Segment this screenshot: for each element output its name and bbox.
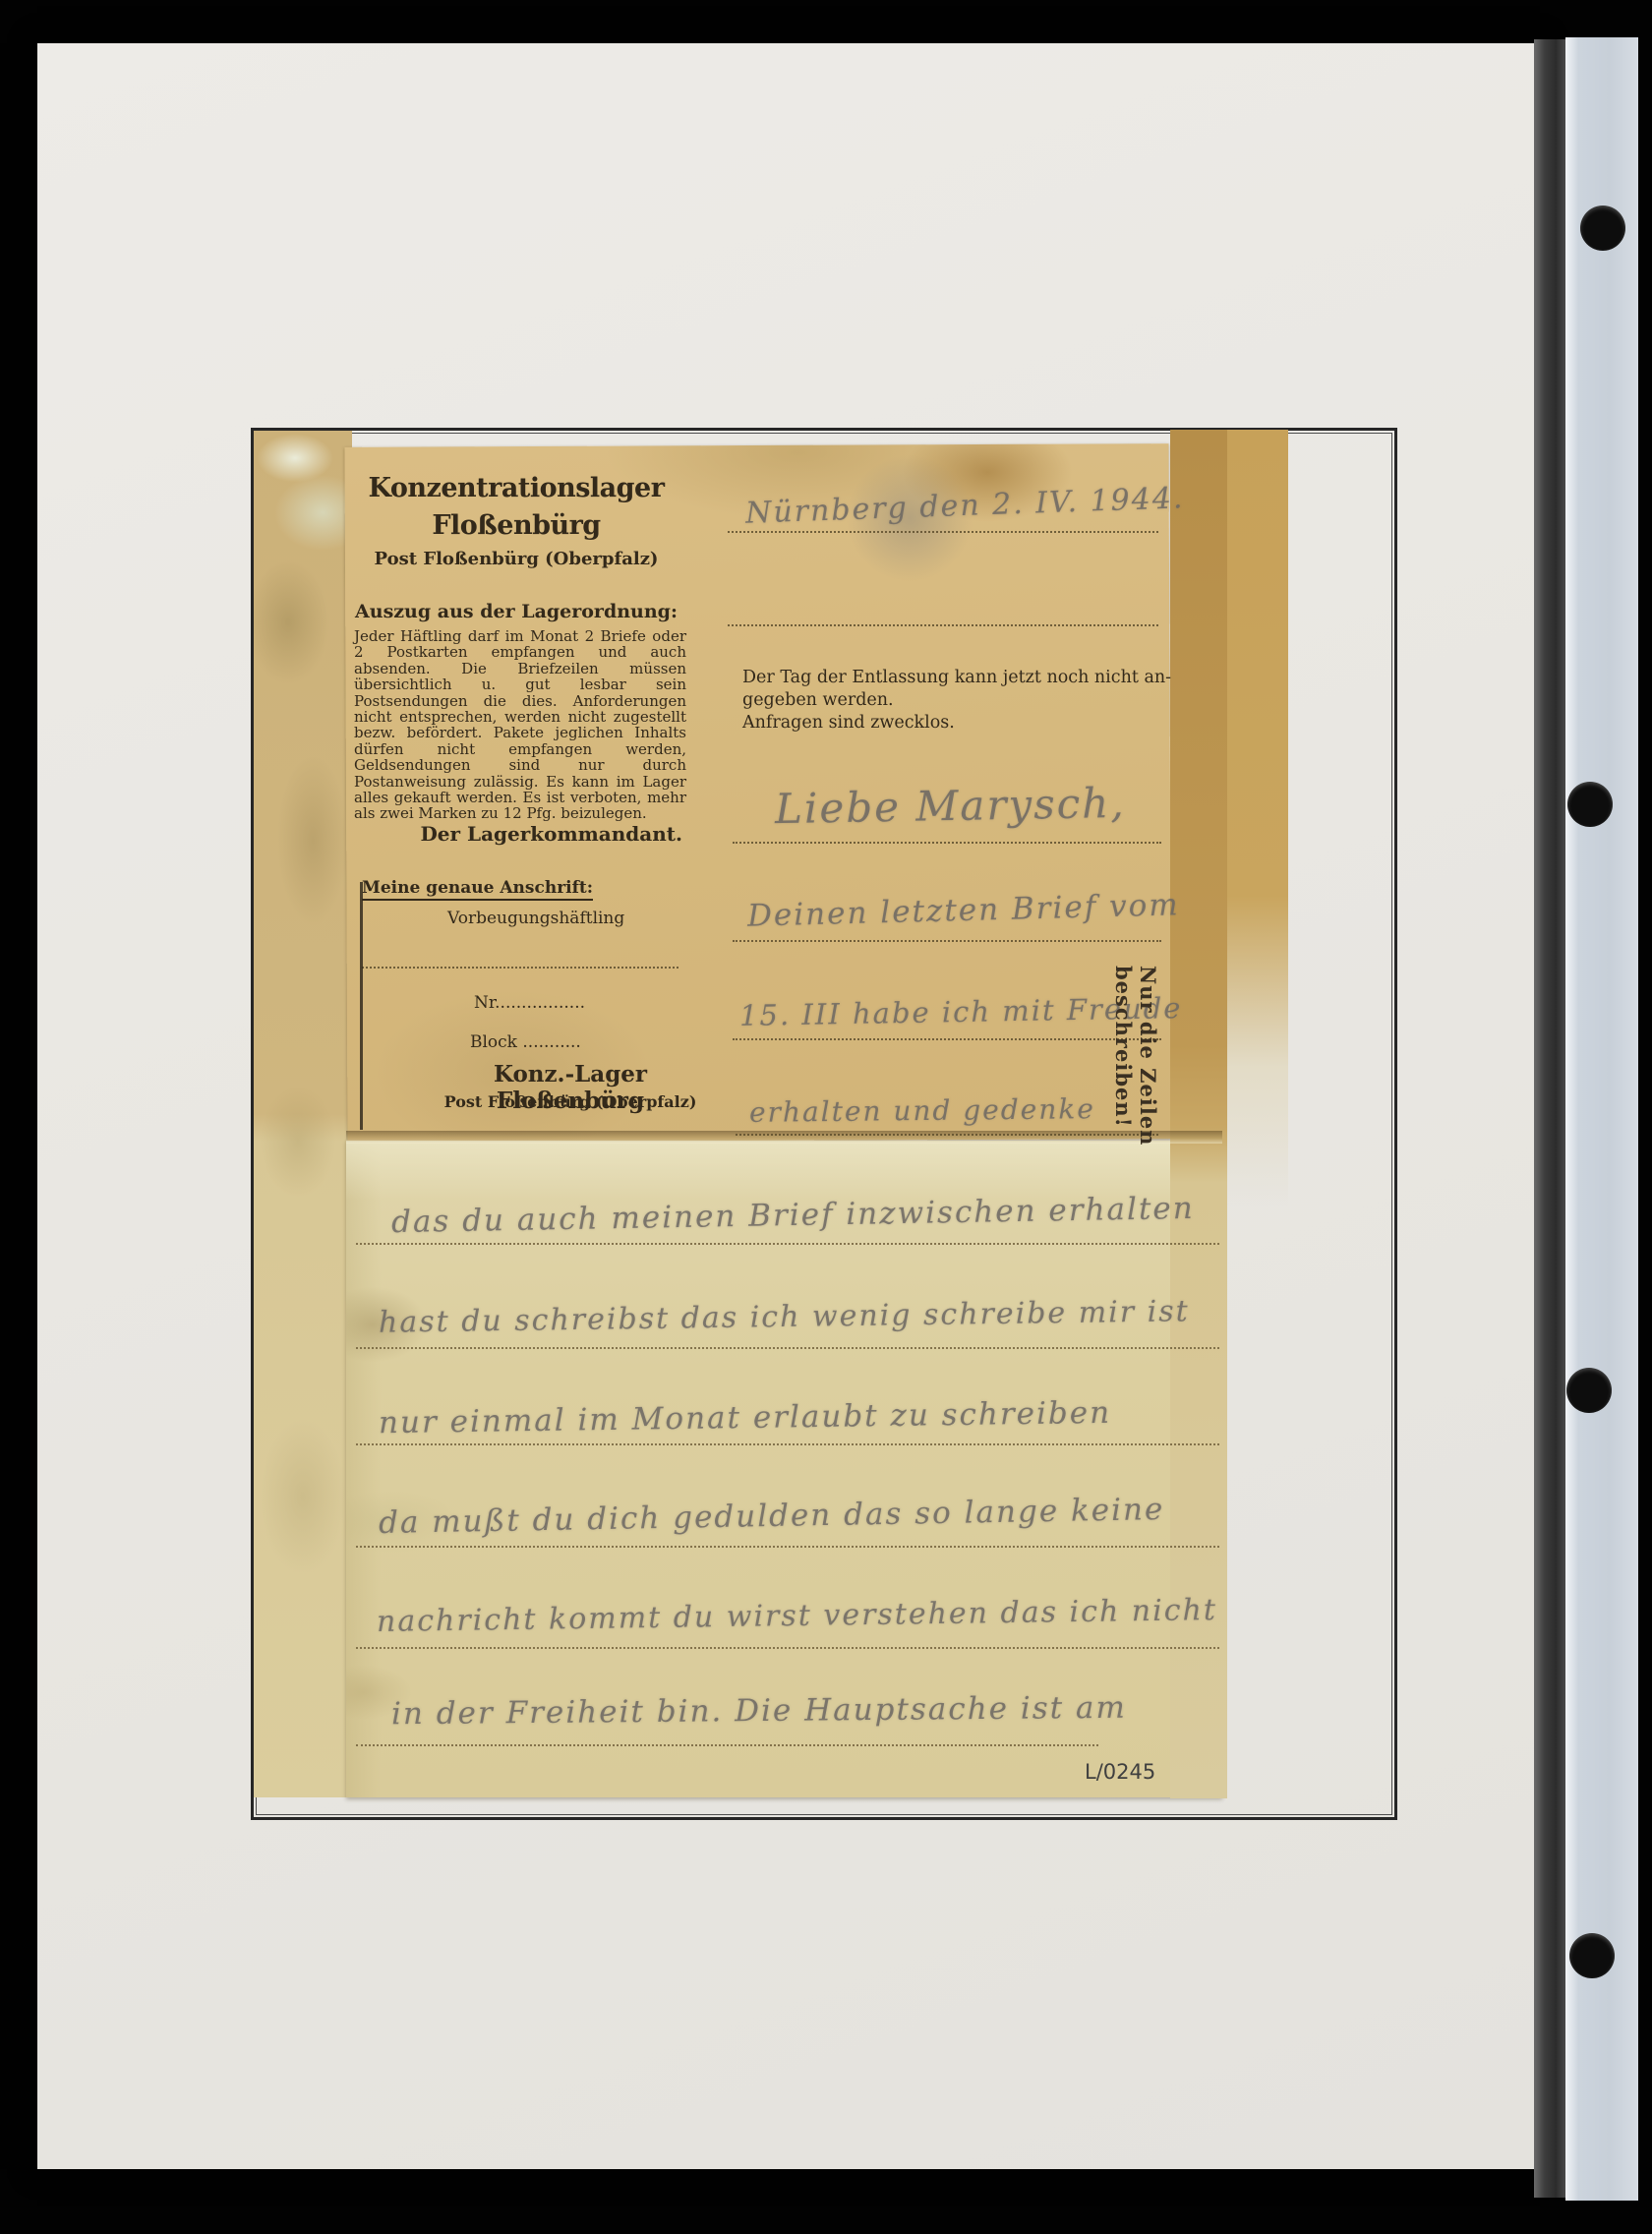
fold-crease xyxy=(346,1131,1222,1144)
dotted-line xyxy=(356,1744,1098,1746)
margin-instruction: Nur die Zeilen beschreiben! xyxy=(1111,966,1160,1300)
binder-hole xyxy=(1567,782,1613,827)
block-field: Block ........... xyxy=(470,1032,581,1052)
left-stain-strip xyxy=(254,431,352,1797)
address-heading: Meine genaue Anschrift: xyxy=(362,878,593,901)
dotted-line xyxy=(356,1546,1219,1548)
binder-hole xyxy=(1580,206,1625,251)
commandant-signature: Der Lagerkommandant. xyxy=(354,822,682,846)
dotted-line xyxy=(736,1134,1158,1136)
photo-of-album-page: Konzentrationslager Floßenbürg Post Floß… xyxy=(0,0,1652,2234)
prisoner-type-label: Vorbeugungshäftling xyxy=(447,909,624,928)
prisoner-number-field: Nr................. xyxy=(474,993,585,1013)
stain-band-right xyxy=(1227,430,1288,1206)
binder-hole xyxy=(1566,1368,1612,1413)
archive-number: L/0245 xyxy=(1085,1760,1155,1784)
handwriting-line: in der Freiheit bin. Die Hauptsache ist … xyxy=(391,1690,1127,1733)
rules-body: Jeder Häftling darf im Monat 2 Briefe od… xyxy=(354,628,686,822)
letterhead-line2: Floßenbürg xyxy=(352,506,680,546)
page-edge-shadow xyxy=(1534,39,1565,2198)
salutation-handwriting: Liebe Marysch, xyxy=(775,779,1126,833)
letterhead-line3: Post Floßenbürg (Oberpfalz) xyxy=(352,546,680,573)
release-notice: Der Tag der Entlassung kann jetzt noch n… xyxy=(742,667,1185,735)
dotted-line xyxy=(356,1347,1219,1349)
binder-hole xyxy=(1569,1933,1615,1978)
dotted-line xyxy=(356,1443,1219,1445)
dotted-line xyxy=(733,1038,1161,1040)
rules-heading: Auszug aus der Lagerordnung: xyxy=(352,601,680,622)
date-dotted-line xyxy=(728,531,1158,533)
letterhead: Konzentrationslager Floßenbürg Post Floß… xyxy=(352,470,680,573)
blank-dotted-line xyxy=(728,624,1158,626)
dotted-line xyxy=(356,1647,1219,1649)
dotted-line xyxy=(733,940,1161,942)
handwriting-line: erhalten und gedenke xyxy=(749,1092,1095,1129)
dotted-line xyxy=(356,1243,1219,1245)
address-dotted-line xyxy=(362,967,678,969)
address-bracket-line xyxy=(360,882,363,1130)
camp-address-line2: Post Floßenbürg (Oberpfalz) xyxy=(423,1092,718,1111)
sheet-protector-strip xyxy=(1565,37,1638,2201)
dotted-line xyxy=(733,842,1161,844)
letterhead-line1: Konzentrationslager xyxy=(352,470,680,506)
